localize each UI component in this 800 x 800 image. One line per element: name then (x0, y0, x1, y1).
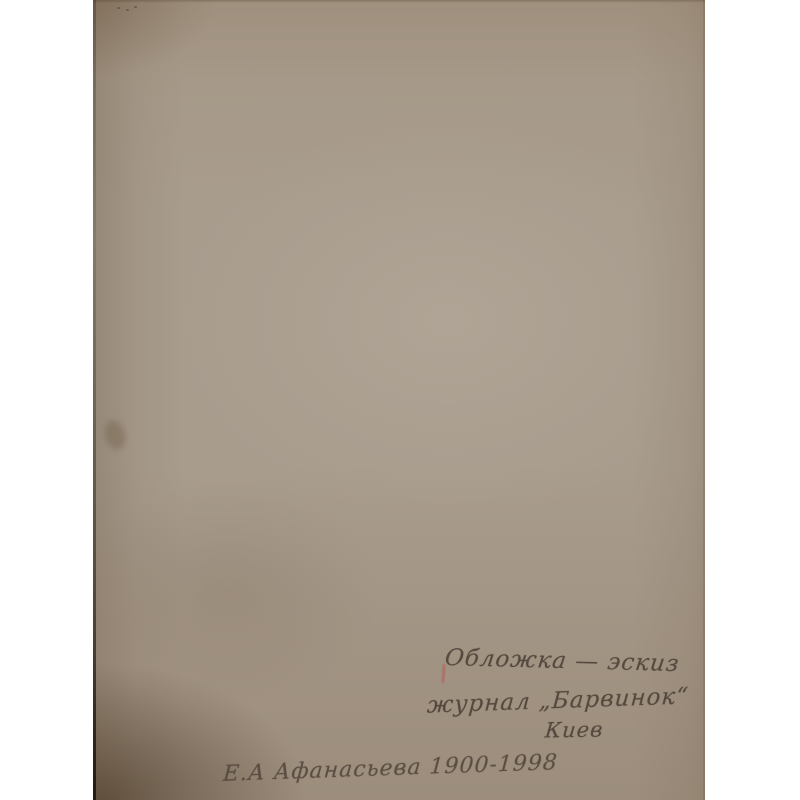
stain-mark (101, 418, 128, 452)
paper-speck (117, 7, 120, 9)
paper-speck (126, 9, 129, 11)
inscription-line-3: Киев (544, 717, 605, 742)
paper-top-edge-shadow (93, 0, 705, 3)
inscription-line-2: журнал „Барвинок“ (426, 683, 690, 718)
paper-left-edge-shadow (93, 0, 96, 800)
photo-of-artwork-verso: Обложка — эскиз журнал „Барвинок“ Киев Е… (0, 0, 800, 800)
paper-sheet: Обложка — эскиз журнал „Барвинок“ Киев Е… (93, 0, 705, 800)
inscription-line-1: Обложка — эскиз (443, 645, 681, 677)
paper-right-edge-shadow (703, 0, 705, 800)
artist-signature: Е.А Афанасьева 1900-1998 (222, 750, 559, 787)
paper-speck (134, 6, 137, 8)
